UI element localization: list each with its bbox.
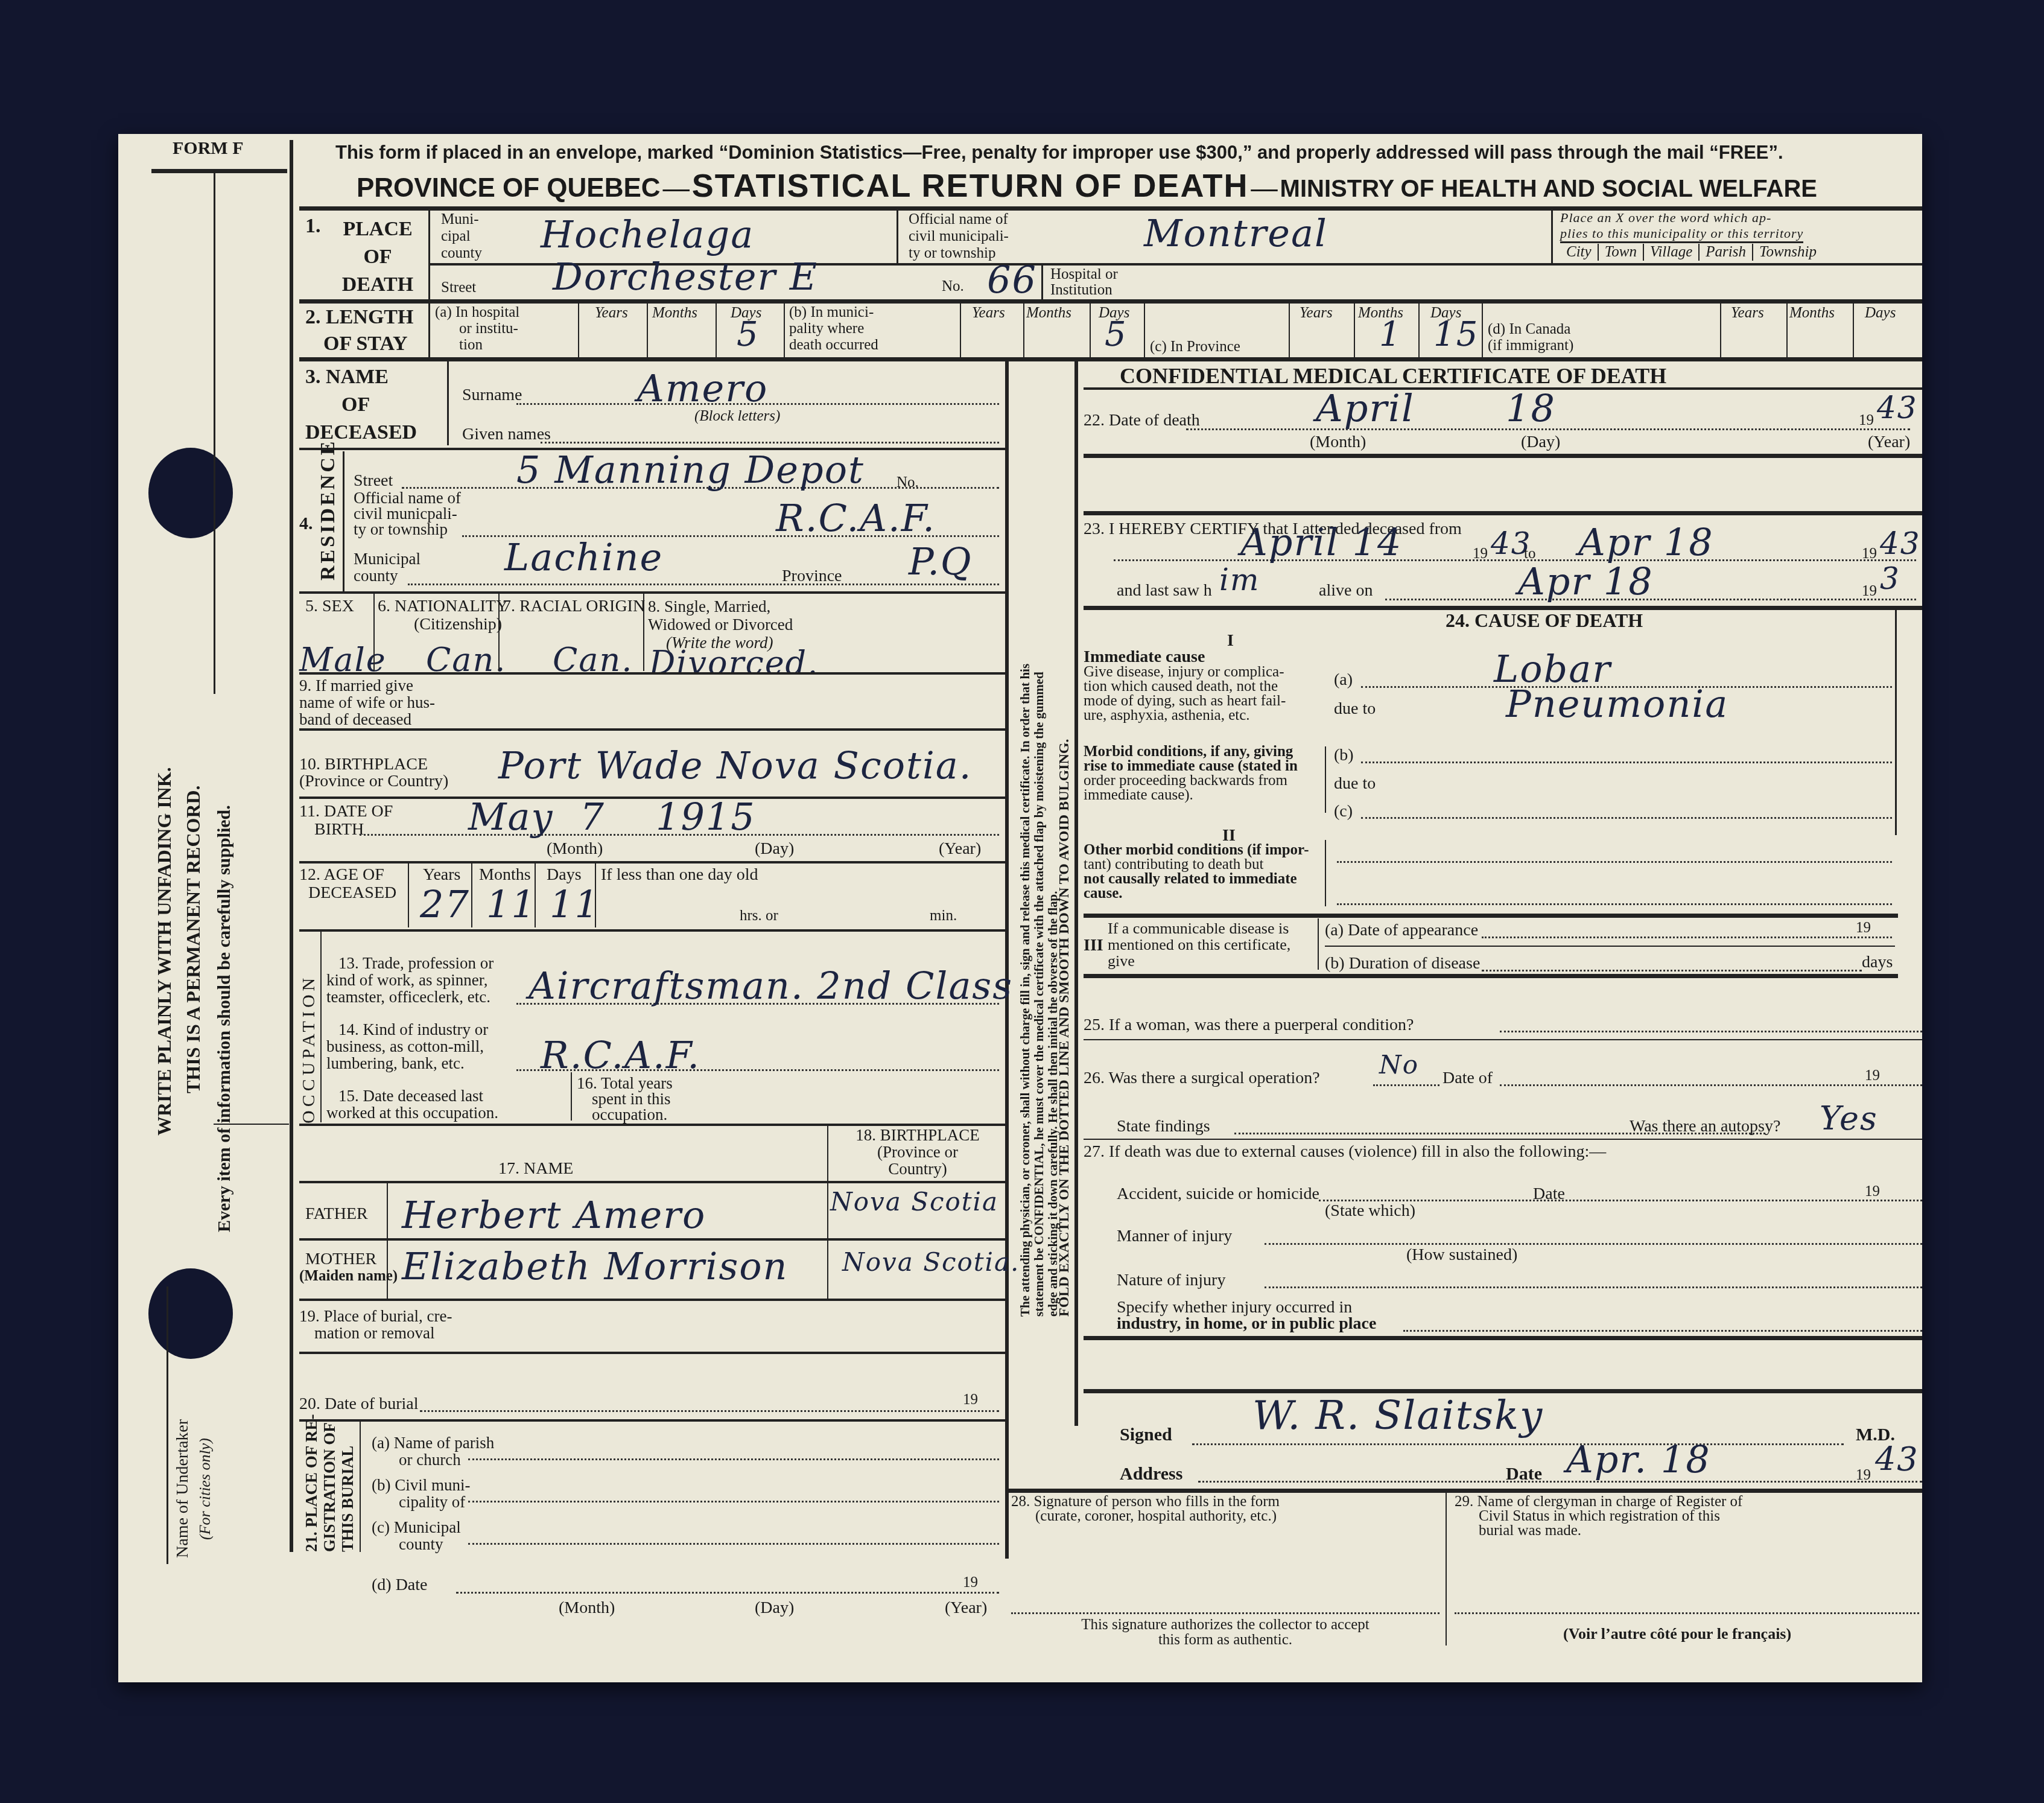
cause-part-3: III — [1084, 936, 1103, 954]
sb-l3: death occurred — [789, 337, 878, 353]
municipal-county-value[interactable]: Hochelaga — [541, 212, 754, 256]
spouse-label: 9. If married give name of wife or hus- … — [299, 677, 435, 728]
pb-l2: (Province or — [830, 1143, 1005, 1160]
occupation-divider — [320, 929, 322, 1122]
dob-year-label: (Year) — [939, 840, 981, 857]
to-year-prefix: 19 — [1862, 546, 1877, 562]
attended-from-date[interactable]: April 14 — [1240, 520, 1402, 564]
res-no-label: No. — [897, 475, 919, 491]
margin-rule — [151, 169, 287, 173]
stay-divider — [428, 302, 430, 357]
q29-label: 29. Name of clergyman in charge of Regis… — [1455, 1495, 1742, 1538]
nationality-sub: (Citizenship) — [414, 615, 502, 633]
name-divider — [447, 361, 449, 445]
q28n-l2: this form as authentic. — [1008, 1632, 1443, 1647]
reg-day-label: (Day) — [755, 1599, 794, 1617]
sb-l2: pality where — [789, 320, 878, 337]
mother-name[interactable]: Elizabeth Morrison — [402, 1244, 788, 1288]
burial-date-line — [420, 1410, 999, 1412]
col — [408, 861, 409, 927]
death-date-label: 22. Date of death — [1084, 412, 1200, 429]
rule-after-place — [299, 299, 1922, 304]
mother-sub: (Maiden name) — [299, 1268, 398, 1284]
stay-c-label: (c) In Province — [1150, 339, 1240, 355]
physician-signature[interactable]: W. R. Slaitsky — [1252, 1392, 1543, 1439]
signed-line — [1192, 1443, 1844, 1445]
res-county-value[interactable]: Lachine — [504, 535, 663, 579]
signature-year-prefix: 19 — [1856, 1468, 1871, 1483]
option-city[interactable]: City — [1560, 244, 1599, 261]
duration-days-label: days — [1862, 953, 1893, 971]
death-month[interactable]: April — [1316, 386, 1415, 430]
last-saw-pronoun[interactable]: im — [1219, 562, 1260, 597]
birthplace-sub: (Province or Country) — [299, 772, 448, 790]
rule-after-stay — [299, 357, 1922, 361]
age-years-label: Years — [423, 866, 461, 883]
id-l2: tion which caused death, not the — [1084, 679, 1286, 694]
stay-b-days[interactable]: 5 — [1105, 315, 1128, 354]
q26-year-prefix: 19 — [1865, 1068, 1880, 1084]
immediate-desc: Give disease, injury or complica- tion w… — [1084, 665, 1286, 723]
sa-l3: tion — [435, 337, 519, 353]
margin-inner-line — [214, 169, 215, 694]
on-l2: civil municipali- — [909, 228, 1009, 245]
residence-divider — [343, 451, 344, 591]
dob-day[interactable]: 7 — [580, 795, 605, 839]
block-letters-note: (Block letters) — [694, 409, 780, 424]
md-l1: Morbid conditions, if any, giving — [1084, 745, 1298, 759]
res-official-value[interactable]: R.C.A.F. — [776, 496, 936, 540]
death-year-prefix: 19 — [1859, 413, 1874, 428]
nature-label: Nature of injury — [1117, 1271, 1225, 1289]
municipal-county-label: Muni- cipal county — [441, 211, 482, 262]
burial-place-label: 19. Place of burial, cre- mation or remo… — [299, 1308, 452, 1341]
on-l1: Official name of — [909, 211, 1009, 228]
how-sustained-label: (How sustained) — [1406, 1246, 1517, 1264]
bp-l2: mation or removal — [299, 1324, 452, 1341]
signature-date[interactable]: Apr. 18 — [1566, 1437, 1711, 1481]
q28-l1: 28. Signature of person who fills in the… — [1011, 1495, 1280, 1509]
death-day[interactable]: 18 — [1506, 386, 1556, 430]
pb-l3: Country) — [830, 1160, 1005, 1177]
q26-value[interactable]: No — [1379, 1050, 1419, 1080]
residence-label: RESIDENCE — [317, 439, 339, 580]
q28-l2: (curate, coroner, hospital authority, et… — [1011, 1509, 1280, 1524]
dob-day-label: (Day) — [755, 840, 794, 857]
col — [1418, 302, 1420, 357]
registration-divider — [360, 1419, 361, 1552]
fold-note-1: The attending physician, or coroner, sha… — [1018, 664, 1032, 1317]
col — [1023, 302, 1024, 357]
tn-l1: Place an X over the word which ap- — [1560, 210, 1803, 226]
age-under-day-label: If less than one day old — [601, 866, 758, 883]
medical-title: CONFIDENTIAL MEDICAL CERTIFICATE OF DEAT… — [1120, 363, 1666, 389]
undertaker-note: (For cities only) — [197, 1438, 213, 1540]
territory-note: Place an X over the word which ap- plies… — [1560, 210, 1803, 243]
ro-l2: civil municpali- — [354, 506, 461, 521]
lw-l1: 15. Date deceased last — [326, 1087, 498, 1104]
age-years[interactable]: 27 — [420, 882, 470, 926]
marital-value[interactable]: Divorced. — [649, 644, 819, 682]
reg-b-line — [468, 1501, 999, 1502]
od-l2: tant) contributing to death but — [1084, 857, 1309, 872]
q26-date-label: Date of — [1443, 1069, 1493, 1087]
md-l4: immediate cause). — [1084, 788, 1298, 803]
md-l2: rise to immediate cause (stated in — [1084, 759, 1298, 774]
residence-num: 4. — [299, 514, 313, 533]
age-min-label: min. — [930, 908, 957, 924]
last-worked-label: 15. Date deceased last worked at this oc… — [326, 1087, 498, 1121]
rule — [299, 1352, 1005, 1354]
col — [784, 302, 785, 357]
rule — [1084, 974, 1898, 978]
mother-birthplace[interactable]: Nova Scotia. — [842, 1247, 1020, 1277]
fold-instruction: FOLD EXACTLY ON THE DOTTED LINE AND SMOO… — [1057, 739, 1072, 1317]
name-num: 3. — [305, 366, 321, 388]
trade-value[interactable]: Aircraftsman. 2nd Class — [528, 964, 1013, 1008]
tr-l1: 13. Trade, profession or — [326, 955, 494, 971]
hosp-l1: Hospital or — [1050, 267, 1118, 282]
mc-l2: cipal — [441, 228, 482, 245]
autopsy-label: Was there an autopsy? — [1630, 1118, 1780, 1135]
age-days-label: Days — [547, 866, 582, 883]
col — [827, 1124, 828, 1299]
manner-label: Manner of injury — [1117, 1227, 1232, 1245]
cause-a-label: (a) — [1334, 671, 1353, 688]
ro-l1: Official name of — [354, 490, 461, 506]
option-town[interactable]: Town — [1599, 244, 1644, 261]
title-province: PROVINCE OF QUEBEC — [357, 173, 661, 203]
given-names-line — [541, 442, 999, 444]
alive-year-prefix: 19 — [1862, 584, 1877, 599]
col — [647, 302, 648, 357]
sex-label: 5. SEX — [305, 597, 354, 615]
occupation-label: OCCUPATION — [299, 975, 319, 1124]
rc2-l2: county — [372, 1536, 461, 1553]
cause-right-border — [1895, 606, 1897, 835]
ra-l1: (a) Name of parish — [372, 1434, 494, 1451]
rc-l2: county — [354, 567, 421, 584]
rule — [299, 1181, 1005, 1183]
rule — [299, 1419, 1005, 1422]
col — [471, 861, 472, 927]
duration-line — [1482, 970, 1862, 971]
dob-month[interactable]: May — [468, 795, 553, 839]
form-id: FORM F — [173, 139, 243, 158]
rb-l1: (b) Civil muni- — [372, 1477, 471, 1493]
pb-l1: 18. BIRTHPLACE — [830, 1127, 1005, 1143]
punch-hole-top — [148, 448, 233, 538]
age-days[interactable]: 11 — [550, 882, 600, 926]
q29-l1: 29. Name of clergyman in charge of Regis… — [1455, 1495, 1742, 1509]
res-official-label: Official name of civil municpali- ty or … — [354, 490, 461, 537]
length-label: 2. LENGTH OF STAY — [305, 304, 413, 357]
death-day-label: (Day) — [1521, 433, 1560, 451]
reg-a-line — [468, 1458, 999, 1460]
morbid-brace — [1325, 746, 1326, 813]
father-name[interactable]: Herbert Amero — [402, 1193, 706, 1237]
age-months-label: Months — [479, 866, 531, 883]
length-num: 2. — [305, 306, 321, 328]
footer-divider — [1446, 1492, 1447, 1646]
immediate-title: Immediate cause — [1084, 648, 1205, 666]
rs-l2: GISTRATION OF — [320, 1414, 338, 1553]
dob-year[interactable]: 1915 — [656, 795, 756, 839]
signed-label: Signed — [1120, 1425, 1172, 1445]
col — [1144, 302, 1145, 357]
reg-month-label: (Month) — [559, 1599, 615, 1617]
lw-l2: worked at this occupation. — [326, 1104, 498, 1121]
death-year-label: (Year) — [1868, 433, 1910, 451]
in-l2: business, as cotton-mill, — [326, 1038, 488, 1055]
hosp-l2: Institution — [1050, 282, 1118, 298]
length-l2: OF STAY — [305, 331, 413, 357]
id-l1: Give disease, injury or complica- — [1084, 665, 1286, 679]
other-brace — [1325, 840, 1326, 906]
stay-a-label: (a) In hospital or institu- tion — [435, 304, 519, 353]
attended-to-date[interactable]: Apr 18 — [1578, 520, 1714, 564]
official-name-label: Official name of civil municipali- ty or… — [909, 211, 1009, 262]
rule — [1084, 1039, 1922, 1040]
option-township[interactable]: Township — [1753, 244, 1823, 261]
dob-l2: BIRTH — [299, 821, 393, 839]
cause-title: 24. CAUSE OF DEATH — [1446, 611, 1643, 631]
rule — [1005, 1489, 1922, 1493]
sb-l1: (b) In munici- — [789, 304, 878, 320]
od-l4: cause. — [1084, 886, 1309, 901]
attended-to-year[interactable]: 43 — [1880, 526, 1921, 561]
rule — [299, 861, 1005, 863]
hospital-divider — [1041, 263, 1043, 299]
rc2-l1: (c) Municipal — [372, 1519, 461, 1536]
cd-l1: If a communicable disease is — [1108, 920, 1290, 936]
rule — [1084, 1139, 1922, 1140]
birthplace-value[interactable]: Port Wade Nova Scotia. — [498, 743, 972, 787]
father-birthplace[interactable]: Nova Scotia — [830, 1187, 998, 1216]
nature-line — [1265, 1286, 1922, 1288]
appearance-label: (a) Date of appearance — [1325, 921, 1478, 939]
rule — [299, 1299, 1005, 1301]
col — [1090, 302, 1091, 357]
street-value[interactable]: Dorchester E — [553, 255, 818, 299]
specify-line — [1403, 1330, 1922, 1332]
main-border-left — [290, 140, 293, 1552]
res-province-value[interactable]: P.Q — [909, 539, 973, 584]
ms-l1: 8. Single, Married, — [648, 597, 793, 615]
dob-month-label: (Month) — [547, 840, 603, 857]
fold-note-2: statement be CONFIDENTIAL, he must cover… — [1032, 672, 1046, 1317]
q26-label: 26. Was there a surgical operation? — [1084, 1069, 1320, 1087]
res-county-label: Municipal county — [354, 550, 421, 584]
ms-l2: Widowed or Divorced — [648, 615, 793, 634]
name-l2: OF — [305, 391, 417, 419]
stay-b-label: (b) In munici- pality where death occurr… — [789, 304, 878, 353]
nationality-label: 6. NATIONALITY — [378, 597, 508, 615]
reg-b-label: (b) Civil muni- cipality of — [372, 1477, 471, 1510]
res-street-value[interactable]: 5 Manning Depot — [516, 448, 865, 492]
col — [373, 593, 375, 671]
rule-after-residence — [299, 591, 1005, 594]
trade-label: 13. Trade, profession or kind of work, a… — [326, 955, 494, 1005]
q25-line — [1500, 1031, 1922, 1032]
reg-d-line — [456, 1592, 999, 1594]
md-l3: order proceeding backwards from — [1084, 774, 1298, 788]
other-line-2 — [1337, 903, 1892, 905]
surname-label: Surname — [462, 386, 522, 404]
parent-birthplace-header: 18. BIRTHPLACE (Province or Country) — [830, 1127, 1005, 1177]
tr-l3: teamster, officeclerk, etc. — [326, 988, 494, 1005]
accident-date-label: Date — [1533, 1185, 1565, 1203]
res-street-label: Street — [354, 472, 393, 489]
address-line — [1198, 1481, 1922, 1483]
rule — [1084, 511, 1922, 515]
stay-c-days[interactable]: 15 — [1433, 315, 1479, 354]
from-year-prefix: 19 — [1473, 546, 1488, 562]
form-title: PROVINCE OF QUEBEC — STATISTICAL RETURN … — [357, 167, 1817, 205]
unit-months: Months — [652, 305, 697, 321]
option-village[interactable]: Village — [1644, 244, 1700, 261]
birthplace-label: 10. BIRTHPLACE — [299, 755, 428, 773]
reg-c-label: (c) Municipal county — [372, 1519, 461, 1553]
autopsy-value[interactable]: Yes — [1820, 1099, 1878, 1137]
surname-value[interactable]: Amero — [637, 366, 768, 410]
col — [1354, 302, 1355, 357]
tn-l2: plies to this municipality or this terri… — [1560, 226, 1803, 243]
signature-date-label: Date — [1506, 1464, 1542, 1484]
alive-year[interactable]: 3 — [1880, 561, 1900, 596]
death-month-label: (Month) — [1310, 433, 1366, 451]
rule — [299, 728, 1005, 731]
col — [716, 302, 717, 357]
communicable-brace — [1318, 918, 1319, 970]
cause-c-line — [1361, 817, 1892, 819]
mc-l3: county — [441, 245, 482, 262]
accident-year-prefix: 19 — [1865, 1184, 1880, 1200]
territory-divider — [1551, 209, 1553, 263]
cause-due-to-1: due to — [1334, 700, 1376, 717]
sd-l2: (if immigrant) — [1488, 337, 1573, 354]
title-main: STATISTICAL RETURN OF DEATH — [692, 168, 1249, 204]
sa-l1: (a) In hospital — [435, 304, 519, 320]
burial-year-prefix: 19 — [963, 1392, 978, 1408]
rule — [1325, 946, 1895, 947]
q29-l3: burial was made. — [1455, 1524, 1742, 1538]
street-no-value[interactable]: 66 — [987, 258, 1037, 302]
cause-due-to-2: due to — [1334, 775, 1376, 792]
official-name-value[interactable]: Montreal — [1144, 211, 1328, 255]
death-year[interactable]: 43 — [1877, 390, 1918, 425]
alive-on-date[interactable]: Apr 18 — [1518, 559, 1654, 603]
reg-year-prefix: 19 — [963, 1575, 978, 1591]
q29-line — [1455, 1612, 1919, 1614]
col — [960, 302, 961, 357]
registration-side-label: 21. PLACE OF RE- GISTRATION OF THIS BURI… — [302, 1414, 357, 1553]
stay-c-months[interactable]: 1 — [1379, 315, 1402, 354]
street-no-label: No. — [942, 279, 964, 294]
rule — [299, 929, 1005, 932]
cause-a-due-value[interactable]: Pneumonia — [1506, 682, 1728, 726]
cd-l3: give — [1108, 953, 1290, 969]
alive-on-label: alive on — [1319, 582, 1373, 599]
name-l1: NAME — [326, 366, 389, 388]
q25-label: 25. If a woman, was there a puerperal co… — [1084, 1016, 1414, 1034]
unit-years: Years — [1731, 305, 1764, 321]
manner-line — [1265, 1243, 1922, 1245]
undertaker-line — [167, 1286, 168, 1564]
q28-note: This signature authorizes the collector … — [1008, 1617, 1443, 1647]
mail-notice: This form if placed in an envelope, mark… — [335, 143, 1783, 163]
sp-l2: name of wife or hus- — [299, 694, 435, 711]
cause-b-line — [1361, 762, 1892, 763]
total-years-label: 16. Total years spent in this occupation… — [577, 1075, 673, 1122]
age-hrs-label: hrs. or — [740, 908, 778, 924]
col — [498, 593, 500, 671]
place-label-3: DEATH — [335, 271, 420, 299]
sp-l3: band of deceased — [299, 711, 435, 728]
col — [1853, 302, 1854, 357]
q27-label: 27. If death was due to external causes … — [1084, 1143, 1606, 1160]
res-county-line — [408, 584, 999, 585]
col — [571, 1072, 572, 1121]
title-ministry: MINISTRY OF HEALTH AND SOCIAL WELFARE — [1280, 176, 1817, 202]
findings-label: State findings — [1117, 1118, 1210, 1135]
ty-l2: spent in this — [577, 1091, 673, 1107]
other-line-1 — [1337, 861, 1892, 863]
id-l4: ure, asphyxia, asthenia, etc. — [1084, 708, 1286, 723]
place-num: 1. — [305, 215, 321, 237]
appearance-year-prefix: 19 — [1856, 920, 1871, 936]
dob-value[interactable]: May 7 1915 — [468, 795, 756, 839]
length-l1: LENGTH — [326, 306, 413, 328]
dob-l1: 11. DATE OF — [299, 803, 393, 821]
res-province-label: Province — [782, 567, 842, 585]
age-months[interactable]: 11 — [486, 882, 536, 926]
state-which-label: (State which) — [1325, 1202, 1415, 1219]
cause-c-label: (c) — [1334, 803, 1353, 820]
territory-options: City Town Village Parish Township — [1560, 244, 1823, 261]
title-dash-1: — — [663, 173, 690, 203]
rule — [1084, 387, 1922, 390]
ro-l3: ty or township — [354, 521, 461, 537]
reg-d-label: (d) Date — [372, 1576, 428, 1594]
other-desc: Other morbid conditions (if impor- tant)… — [1084, 843, 1309, 901]
cause-part-1: I — [1227, 632, 1234, 649]
od-l3: not causally related to immediate — [1084, 872, 1309, 886]
fold-strip-border — [1074, 361, 1078, 1426]
q26-line — [1373, 1084, 1439, 1086]
age-label: 12. AGE OF DECEASED — [299, 866, 396, 902]
industry-value[interactable]: R.C.A.F. — [541, 1033, 700, 1077]
reg-a-label: (a) Name of parish or church — [372, 1434, 494, 1468]
father-label: FATHER — [305, 1205, 368, 1223]
q26-date-line — [1500, 1084, 1922, 1086]
option-parish[interactable]: Parish — [1700, 244, 1753, 261]
specify-label-2: industry, in home, or in public place — [1117, 1315, 1376, 1332]
stay-a-days[interactable]: 5 — [737, 315, 760, 354]
rb-l2: cipality of — [372, 1493, 471, 1510]
ty-l1: 16. Total years — [577, 1075, 673, 1091]
reg-c-line — [468, 1543, 999, 1545]
q28n-l1: This signature authorizes the collector … — [1008, 1617, 1443, 1632]
cd-l2: mentioned on this certificate, — [1108, 936, 1290, 953]
signature-year[interactable]: 43 — [1875, 1440, 1919, 1478]
unit-months: Months — [1789, 305, 1835, 321]
title-dash-2: — — [1251, 173, 1278, 203]
place-divider — [428, 209, 430, 299]
rule — [299, 672, 1005, 675]
unit-days: Days — [1865, 305, 1896, 321]
hospital-label: Hospital or Institution — [1050, 267, 1118, 298]
